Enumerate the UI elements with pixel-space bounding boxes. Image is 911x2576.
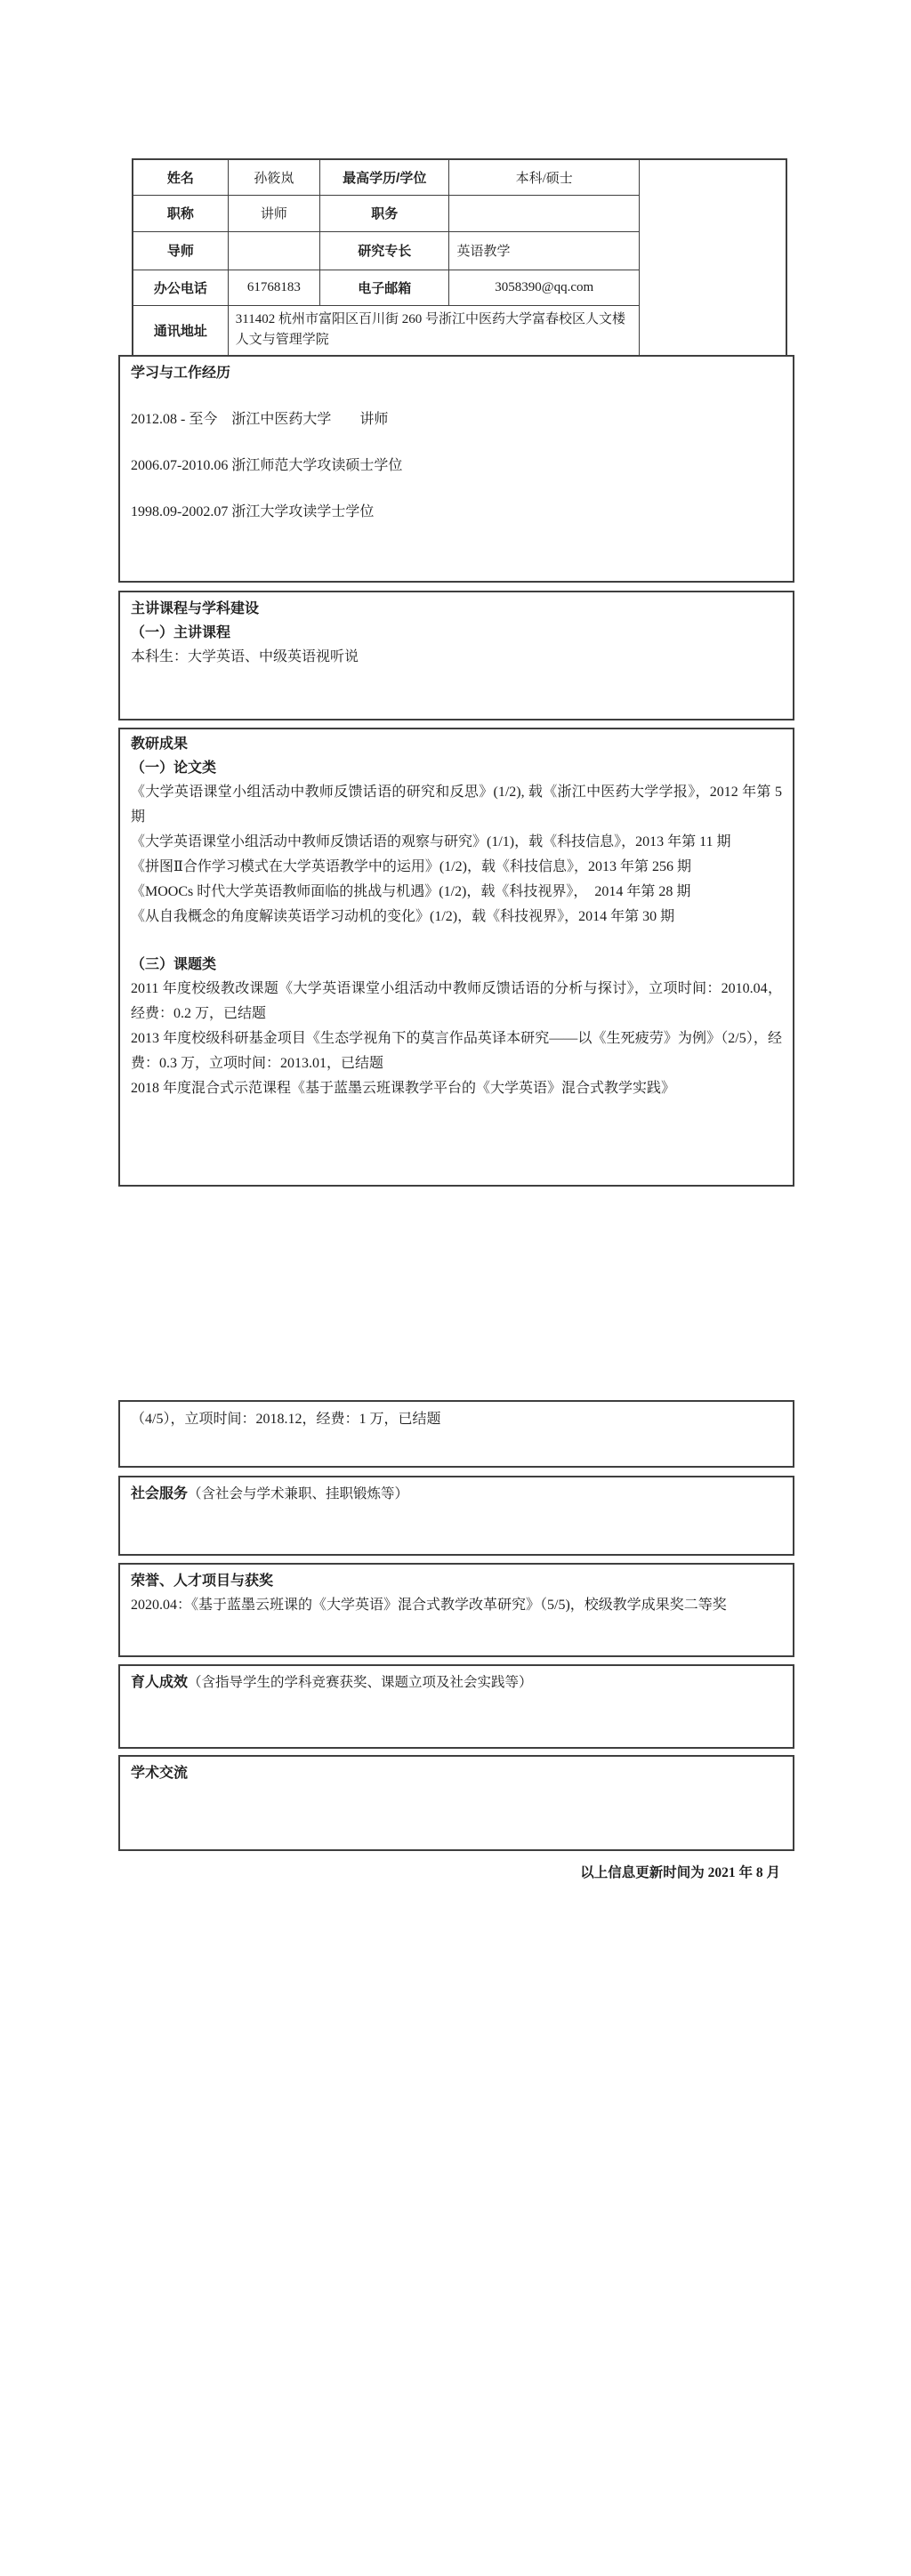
- address-label: 通讯地址: [133, 305, 228, 356]
- paper-entry: 《从自我概念的角度解读英语学习动机的变化》(1/2)，载《科技视界》，2014 …: [131, 905, 782, 930]
- papers-heading: （一）论文类: [131, 756, 782, 780]
- section-service-title: 社会服务（含社会与学术兼职、挂职锻炼等）: [131, 1483, 782, 1506]
- section-experience-title: 学习与工作经历: [131, 362, 782, 385]
- update-note: 以上信息更新时间为 2021 年 8 月: [118, 1862, 794, 1881]
- degree-label: 最高学历/学位: [320, 159, 449, 195]
- paper-entry: 《大学英语课堂小组活动中教师反馈话语的观察与研究》(1/1)，载《科技信息》，2…: [131, 830, 782, 855]
- mentoring-title-note: （含指导学生的学科竞赛获奖、课题立项及社会实践等）: [188, 1675, 533, 1690]
- experience-entry: 2012.08 - 至今 浙江中医药大学 讲师: [131, 407, 782, 431]
- name-label: 姓名: [133, 159, 228, 195]
- name-value: 孙筱岚: [228, 159, 319, 195]
- service-title-text: 社会服务: [131, 1486, 188, 1501]
- email-value: 3058390@qq.com: [449, 270, 640, 305]
- duty-label: 职务: [320, 195, 449, 231]
- title-value: 讲师: [228, 195, 319, 231]
- section-service: 社会服务（含社会与学术兼职、挂职锻炼等）: [118, 1476, 794, 1556]
- section-exchange-title: 学术交流: [131, 1762, 782, 1785]
- section-research-title: 教研成果: [131, 733, 782, 756]
- section-courses: 主讲课程与学科建设 （一）主讲课程 本科生：大学英语、中级英语视听说: [118, 591, 794, 720]
- paper-entry: 《MOOCs 时代大学英语教师面临的挑战与机遇》(1/2)，载《科技视界》， 2…: [131, 880, 782, 905]
- project-entry: 2013 年度校级科研基金项目《生态学视角下的莫言作品英译本研究——以《生死疲劳…: [131, 1026, 782, 1076]
- photo-cell: [640, 159, 786, 356]
- section-exchange: 学术交流: [118, 1755, 794, 1851]
- duty-value: [449, 195, 640, 231]
- projects-heading: （三）课题类: [131, 953, 782, 977]
- section-honors-title: 荣誉、人才项目与获奖: [131, 1570, 782, 1593]
- section-experience: 学习与工作经历 2012.08 - 至今 浙江中医药大学 讲师 2006.07-…: [118, 355, 794, 583]
- project-entry: 2011 年度校级教改课题《大学英语课堂小组活动中教师反馈话语的分析与探讨》，立…: [131, 977, 782, 1026]
- section-research-continued: （4/5），立项时间：2018.12，经费：1 万，已结题: [118, 1400, 794, 1468]
- mentor-value: [228, 231, 319, 270]
- courses-subtitle: （一）主讲课程: [131, 621, 782, 645]
- title-label: 职称: [133, 195, 228, 231]
- experience-entry: 1998.09-2002.07 浙江大学攻读学士学位: [131, 500, 782, 524]
- degree-value: 本科/硕士: [449, 159, 640, 195]
- address-value: 311402 杭州市富阳区百川街 260 号浙江中医药大学富春校区人文楼 人文与…: [228, 305, 639, 356]
- courses-content: 本科生：大学英语、中级英语视听说: [131, 645, 782, 669]
- section-mentoring-title: 育人成效（含指导学生的学科竞赛获奖、课题立项及社会实践等）: [131, 1671, 782, 1695]
- section-mentoring: 育人成效（含指导学生的学科竞赛获奖、课题立项及社会实践等）: [118, 1664, 794, 1749]
- faculty-profile-document: 姓名 孙筱岚 最高学历/学位 本科/硕士 职称 讲师 职务 导师 研究专长 英语…: [0, 0, 911, 2576]
- phone-value: 61768183: [228, 270, 319, 305]
- phone-label: 办公电话: [133, 270, 228, 305]
- project-entry-continued: （4/5），立项时间：2018.12，经费：1 万，已结题: [131, 1407, 782, 1432]
- experience-entry: 2006.07-2010.06 浙江师范大学攻读硕士学位: [131, 454, 782, 478]
- page-1: 姓名 孙筱岚 最高学历/学位 本科/硕士 职称 讲师 职务 导师 研究专长 英语…: [118, 158, 794, 1190]
- service-title-note: （含社会与学术兼职、挂职锻炼等）: [188, 1486, 408, 1501]
- section-courses-title: 主讲课程与学科建设: [131, 598, 782, 621]
- section-research: 教研成果 （一）论文类 《大学英语课堂小组活动中教师反馈话语的研究和反思》(1/…: [118, 728, 794, 1187]
- specialty-value: 英语教学: [449, 231, 640, 270]
- mentor-label: 导师: [133, 231, 228, 270]
- email-label: 电子邮箱: [320, 270, 449, 305]
- mentoring-title-text: 育人成效: [131, 1675, 188, 1690]
- table-row: 姓名 孙筱岚 最高学历/学位 本科/硕士: [133, 159, 786, 195]
- section-honors: 荣誉、人才项目与获奖 2020.04：《基于蓝墨云班课的《大学英语》混合式教学改…: [118, 1563, 794, 1657]
- paper-entry: 《大学英语课堂小组活动中教师反馈话语的研究和反思》(1/2), 载《浙江中医药大…: [131, 780, 782, 830]
- honor-entry: 2020.04：《基于蓝墨云班课的《大学英语》混合式教学改革研究》（5/5)，校…: [131, 1593, 782, 1618]
- project-entry: 2018 年度混合式示范课程《基于蓝墨云班课教学平台的《大学英语》混合式教学实践…: [131, 1076, 782, 1101]
- paper-entry: 《拼图Ⅱ合作学习模式在大学英语教学中的运用》(1/2)，载《科技信息》，2013…: [131, 855, 782, 880]
- profile-table: 姓名 孙筱岚 最高学历/学位 本科/硕士 职称 讲师 职务 导师 研究专长 英语…: [132, 158, 787, 357]
- specialty-label: 研究专长: [320, 231, 449, 270]
- page-2: （4/5），立项时间：2018.12，经费：1 万，已结题 社会服务（含社会与学…: [118, 1400, 794, 1898]
